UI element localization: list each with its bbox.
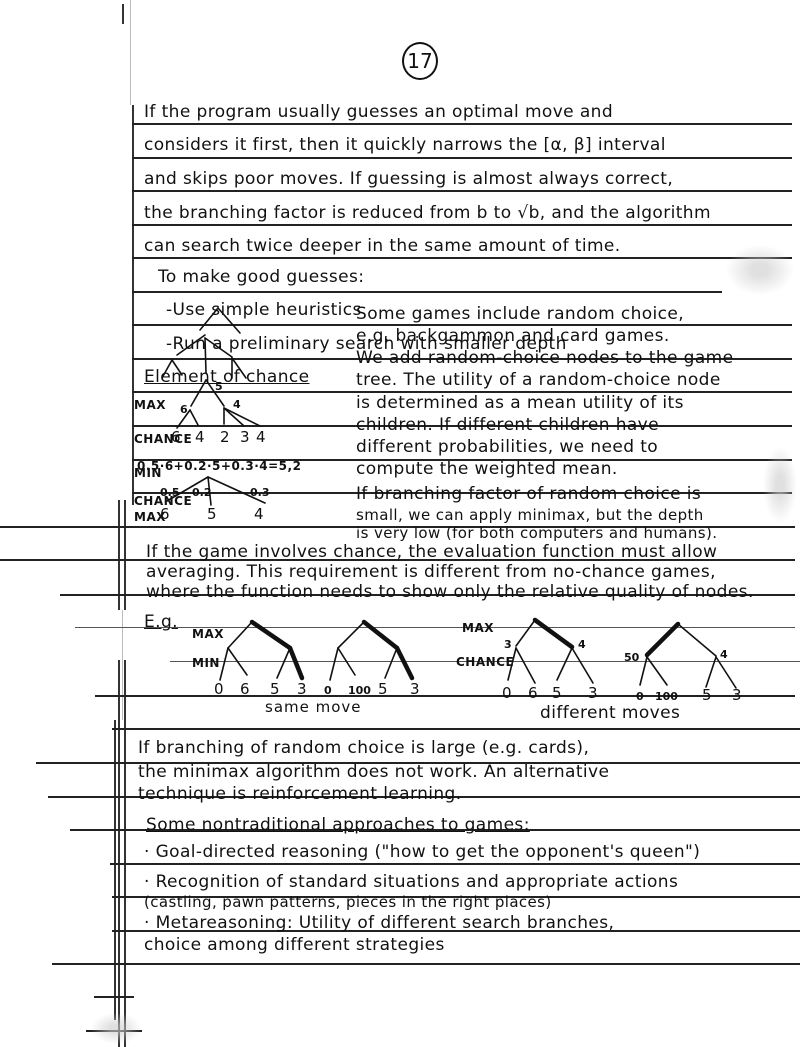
list-item: · Metareasoning: Utility of different se… [144,913,614,933]
text-line: technique is reinforcement learning. [138,784,462,804]
leaf-value: 100 [348,684,371,697]
node-value: 6 [180,403,188,416]
level-label: MIN [192,656,220,670]
leaf-value: 5 [378,680,388,698]
leaf-value: 6 [171,428,181,446]
text-line: children. If different children have [356,415,659,435]
leaf-value: 5 [270,680,280,698]
leaf-value: 3 [588,684,598,702]
level-label: MAX [192,627,224,641]
leaf-value: 5 [552,684,562,702]
leaf-value: 4 [254,505,264,523]
node-value: 4 [233,398,241,411]
list-item: · Goal-directed reasoning ("how to get t… [144,842,700,862]
text-line: different probabilities, we need to [356,437,658,457]
leaf-value: 0 [502,684,512,702]
node-value: 4 [720,648,728,661]
leaf-value: 5 [207,505,217,523]
text-line: the minimax algorithm does not work. An … [138,762,609,782]
list-item: choice among different strategies [144,935,445,955]
section-heading: Some nontraditional approaches to games: [146,815,530,835]
probability-label: 0.5 [160,486,180,499]
text-line: If the game involves chance, the evaluat… [146,542,717,562]
leaf-value: 3 [297,680,307,698]
leaf-value: 4 [195,428,205,446]
text-line: is very low (for both computers and huma… [356,524,717,542]
leaf-value: 0 [214,680,224,698]
leaf-value: 6 [240,680,250,698]
probability-label: 0.2 [192,486,212,499]
notebook-page: 17 If the program usually guesses an opt… [0,0,800,1047]
node-value: 3 [504,638,512,651]
leaf-value: 100 [655,690,678,703]
text-line: tree. The utility of a random-choice nod… [356,370,721,390]
leaf-value: 2 [220,428,230,446]
list-item: · Recognition of standard situations and… [144,872,678,892]
text-line: where the function needs to show only th… [146,582,754,602]
leaf-value: 6 [160,505,170,523]
leaf-value: 6 [528,684,538,702]
leaf-value: 3 [732,686,742,704]
eg-label: E.g. [144,612,178,632]
text-line: compute the weighted mean. [356,459,618,479]
text-line: e.g. backgammon and card games. [356,326,670,346]
text-line: Some games include random choice, [356,304,684,324]
level-label: MAX [462,621,494,635]
text-line: If branching factor of random choice is [356,484,701,504]
diagram-caption: different moves [540,703,680,723]
leaf-value: 0 [324,684,332,697]
leaf-value: 3 [410,680,420,698]
weighted-mean-formula: 0.5·6+0.2·5+0.3·4=5,2 [137,459,301,473]
leaf-value: 5 [702,686,712,704]
text-line: averaging. This requirement is different… [146,562,716,582]
leaf-value: 4 [256,428,266,446]
node-value: 50 [624,651,639,664]
diagram-caption: same move [265,698,362,716]
leaf-value: 3 [240,428,250,446]
text-line: is determined as a mean utility of its [356,393,684,413]
probability-label: 0.3 [250,486,270,499]
leaf-value: 0 [636,690,644,703]
node-value: 4 [578,638,586,651]
text-line: We add random-choice nodes to the game [356,348,734,368]
list-item: (castling, pawn patterns, pieces in the … [144,893,552,911]
level-label: CHANCE [456,655,514,669]
text-line: small, we can apply minimax, but the dep… [356,506,704,524]
node-value: 5 [215,380,223,393]
text-line: If branching of random choice is large (… [138,738,589,758]
